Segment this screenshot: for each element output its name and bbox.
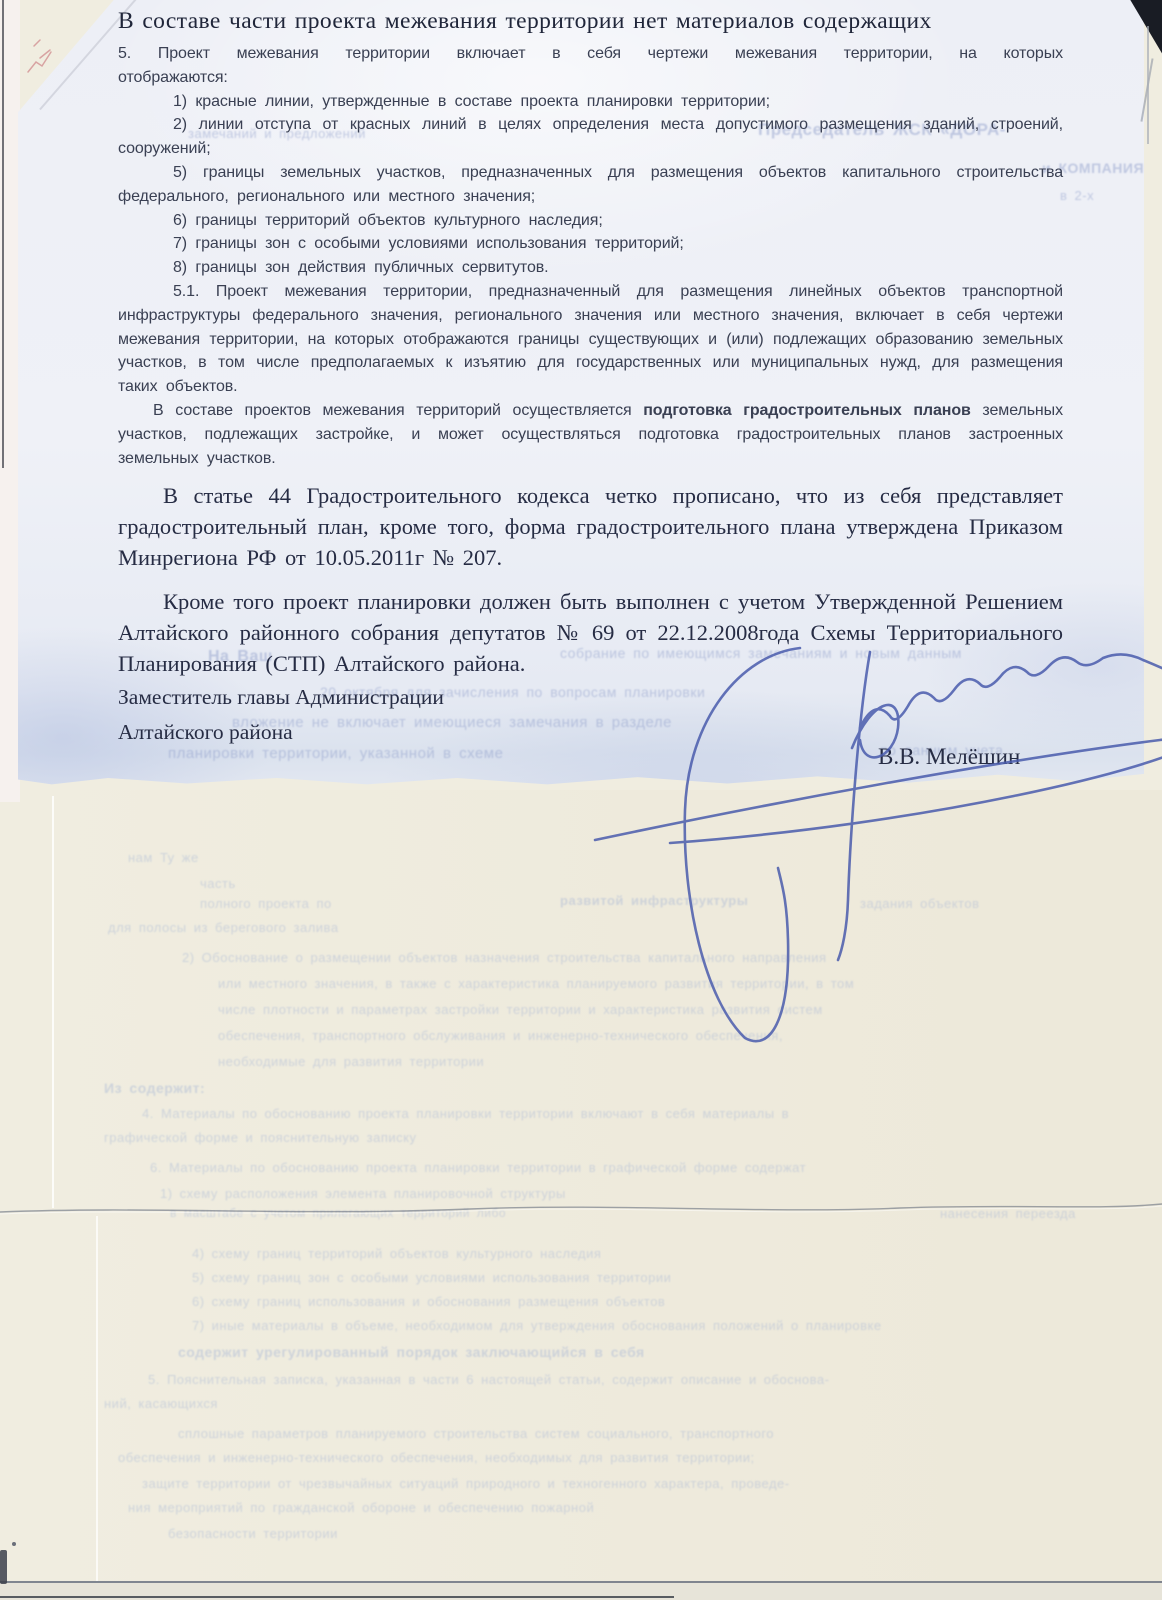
planning-scheme-paragraph: Кроме того проект планировки должен быть… — [118, 586, 1063, 679]
ghost-text-line: сплошные параметров планируемого строите… — [178, 1426, 1128, 1441]
ghost-text-line: ний, касающихся — [104, 1396, 304, 1411]
ghost-text-line: защите территории от чрезвычайных ситуац… — [142, 1476, 1002, 1491]
ghost-text-line: 2) Обоснование о размещении объектов наз… — [182, 950, 1112, 965]
document-text-block: В составе части проекта межевания террит… — [118, 6, 1063, 679]
bottom-sheet-edge-line-2 — [0, 1596, 674, 1598]
list-item-2: 2) линии отступа от красных линий в целя… — [118, 113, 1063, 161]
ghost-text-line: Из содержит: — [104, 1080, 344, 1096]
signatory-name: В.В. Мелёшин — [878, 744, 1020, 770]
ghost-text-line: 6. Материалы по обоснованию проекта план… — [150, 1160, 970, 1175]
ghost-text-line: необходимые для развития территории — [218, 1054, 638, 1069]
preparation-text-pre: В составе проектов межевания территорий … — [153, 402, 643, 419]
ghost-text-line: 7) иные материалы в объеме, необходимом … — [192, 1318, 1112, 1333]
signatory-title-line2: Алтайского района — [118, 715, 444, 750]
ghost-text-line: обеспечения и инженерно-технического обе… — [118, 1450, 968, 1465]
ghost-text-line: обеспечения, транспортного обслуживания … — [218, 1028, 1038, 1043]
ghost-text-line: нам Ту же — [128, 850, 278, 865]
clause5-intro-line1: 5. Проект межевания территории включает … — [118, 42, 1063, 66]
list-item-6: 6) границы территорий объектов культурно… — [118, 209, 1063, 233]
ghost-text-line: ния мероприятий по гражданской обороне и… — [128, 1500, 778, 1515]
ghost-text-line: для полосы из берегового залива — [108, 920, 448, 935]
ghost-text-line: 4. Материалы по обоснованию проекта план… — [142, 1106, 1092, 1121]
ghost-text-line: содержит урегулированный порядок заключа… — [178, 1344, 818, 1360]
article44-paragraph: В статье 44 Градостроительного кодекса ч… — [118, 480, 1063, 573]
preparation-text-bold: подготовка градостроительных планов — [643, 402, 971, 419]
red-pen-scratch — [20, 26, 80, 86]
signatory-title-line1: Заместитель главы Администрации — [118, 680, 444, 715]
cream-sheet-edge-lower — [96, 1216, 98, 1581]
ghost-text-line: или местного значения, в также с характе… — [218, 976, 1098, 991]
ghost-text-line: безопасности территории — [168, 1526, 588, 1541]
ghost-text-line: 5) схему границ зон с особыми условиями … — [192, 1270, 902, 1285]
page-edge-line-left — [2, 0, 4, 468]
ghost-text-line: в 2-х — [1060, 188, 1150, 203]
ghost-text-line: числе плотности и параметрах застройки т… — [218, 1002, 1098, 1017]
ghost-text-line: графической форме и пояснительную записк… — [104, 1130, 534, 1145]
list-item-1: 1) красные линии, утвержденные в составе… — [118, 90, 1063, 114]
scan-artifact-speck — [12, 1542, 16, 1546]
ghost-text-line: 4) схему границ территорий объектов куль… — [192, 1246, 832, 1261]
horizontal-fold-line — [0, 1196, 1162, 1226]
ghost-text-line: задания объектов — [860, 896, 1060, 911]
ghost-text-line: часть — [200, 876, 290, 891]
clause51-paragraph: 5.1. Проект межевания территории, предна… — [118, 280, 1063, 399]
clause5-intro-line2: отображаются: — [118, 66, 1063, 90]
ghost-text-line: 6) схему границ использования и обоснова… — [192, 1294, 892, 1309]
heading-line: В составе части проекта межевания террит… — [118, 6, 1063, 36]
cream-sheet-edge-upper — [52, 796, 54, 1208]
preparation-paragraph: В составе проектов межевания территорий … — [118, 399, 1063, 470]
scan-artifact-blob — [0, 1550, 7, 1584]
signatory-title: Заместитель главы Администрации Алтайско… — [118, 680, 444, 750]
ghost-text-line: полного проекта по — [200, 896, 530, 911]
list-item-7: 7) границы зон с особыми условиями испол… — [118, 232, 1063, 256]
ghost-text-line: развитой инфраструктуры — [560, 893, 820, 908]
list-item-8: 8) границы зон действия публичных сервит… — [118, 256, 1063, 280]
list-item-5: 5) границы земельных участков, предназна… — [118, 161, 1063, 209]
ghost-text-line: 5. Пояснительная записка, указанная в ча… — [148, 1372, 1108, 1387]
